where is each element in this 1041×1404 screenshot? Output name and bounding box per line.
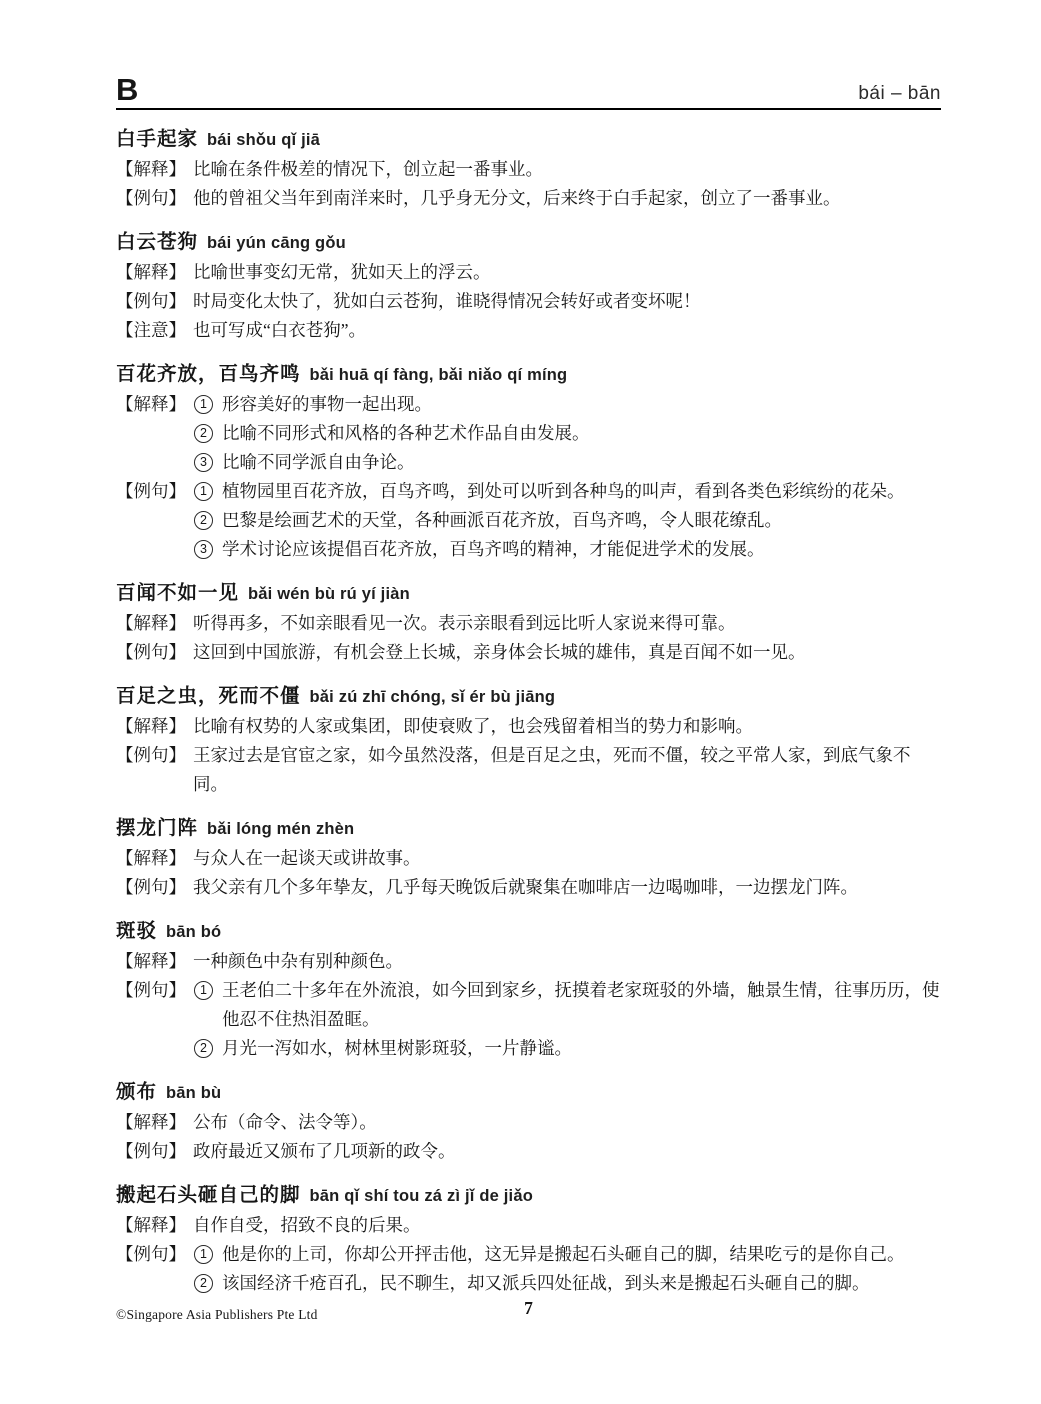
section-content: 政府最近又颁布了几项新的政令。: [193, 1137, 941, 1166]
section-label: 【解释】: [116, 390, 186, 477]
item-text: 一种颜色中杂有别种颜色。: [193, 947, 941, 976]
section-content: 他的曾祖父当年到南洋来时，几乎身无分文，后来终于白手起家，创立了一番事业。: [193, 184, 941, 213]
section-item: 他的曾祖父当年到南洋来时，几乎身无分文，后来终于白手起家，创立了一番事业。: [193, 184, 941, 213]
section-item: 1形容美好的事物一起出现。: [193, 390, 941, 419]
section-content: 王家过去是官宦之家，如今虽然没落，但是百足之虫，死而不僵，较之平常人家，到底气象…: [193, 741, 941, 799]
entry-headword-line: 百足之虫，死而不僵bǎi zú zhī chóng, sǐ ér bù jiān…: [116, 680, 941, 712]
section-letter: B: [116, 74, 138, 105]
section-content: 我父亲有几个多年挚友，几乎每天晚饭后就聚集在咖啡店一边喝咖啡，一边摆龙门阵。: [193, 873, 941, 902]
section-content: 比喻在条件极差的情况下，创立起一番事业。: [193, 155, 941, 184]
entry-section-row: 【例句】王家过去是官宦之家，如今虽然没落，但是百足之虫，死而不僵，较之平常人家，…: [116, 741, 941, 799]
section-item: 自作自受，招致不良的后果。: [193, 1211, 941, 1240]
entry-headword: 白云苍狗: [116, 231, 198, 253]
section-label: 【例句】: [116, 287, 186, 316]
section-content: 公布（命令、法令等）。: [193, 1108, 941, 1137]
entry-section-row: 【解释】1形容美好的事物一起出现。2比喻不同形式和风格的各种艺术作品自由发展。3…: [116, 390, 941, 477]
entry-pinyin: bān qǐ shí tou zá zì jǐ de jiǎo: [310, 1187, 533, 1205]
dictionary-page: B bái – bān 白手起家bái shǒu qǐ jiā 【解释】比喻在条…: [0, 0, 1041, 1404]
entry-headword-line: 白云苍狗bái yún cāng gǒu: [116, 226, 941, 258]
item-text: 这回到中国旅游，有机会登上长城，亲身体会长城的雄伟，真是百闻不如一见。: [193, 638, 941, 667]
section-label: 【例句】: [116, 873, 186, 902]
entries: 白手起家bái shǒu qǐ jiā 【解释】比喻在条件极差的情况下，创立起一…: [116, 123, 941, 1298]
section-content: 1植物园里百花齐放，百鸟齐鸣，到处可以听到各种鸟的叫声，看到各类色彩缤纷的花朵。…: [193, 477, 941, 564]
item-text: 听得再多，不如亲眼看见一次。表示亲眼看到远比听人家说来得可靠。: [193, 609, 941, 638]
entry-section-row: 【例句】1植物园里百花齐放，百鸟齐鸣，到处可以听到各种鸟的叫声，看到各类色彩缤纷…: [116, 477, 941, 564]
entry-section-row: 【解释】与众人在一起谈天或讲故事。: [116, 844, 941, 873]
section-item: 这回到中国旅游，有机会登上长城，亲身体会长城的雄伟，真是百闻不如一见。: [193, 638, 941, 667]
entry-sections: 【解释】与众人在一起谈天或讲故事。【例句】我父亲有几个多年挚友，几乎每天晚饭后就…: [116, 844, 941, 902]
section-item: 3比喻不同学派自由争论。: [193, 448, 941, 477]
section-item: 政府最近又颁布了几项新的政令。: [193, 1137, 941, 1166]
item-text: 该国经济千疮百孔，民不聊生，却又派兵四处征战，到头来是搬起石头砸自己的脚。: [222, 1269, 941, 1298]
entry-sections: 【解释】自作自受，招致不良的后果。【例句】1他是你的上司，你却公开抨击他，这无异…: [116, 1211, 941, 1298]
section-item: 公布（命令、法令等）。: [193, 1108, 941, 1137]
entry-headword-line: 百闻不如一见bǎi wén bù rú yí jiàn: [116, 577, 941, 609]
section-item: 时局变化太快了，犹如白云苍狗，谁晓得情况会转好或者变坏呢！: [193, 287, 941, 316]
section-label: 【例句】: [116, 638, 186, 667]
circled-number-badge: 3: [194, 540, 213, 559]
item-text: 与众人在一起谈天或讲故事。: [193, 844, 941, 873]
entry-headword: 百花齐放，百鸟齐鸣: [116, 363, 301, 385]
page-content: B bái – bān 白手起家bái shǒu qǐ jiā 【解释】比喻在条…: [0, 0, 1041, 1298]
item-text: 我父亲有几个多年挚友，几乎每天晚饭后就聚集在咖啡店一边喝咖啡，一边摆龙门阵。: [193, 873, 941, 902]
entry-section-row: 【解释】公布（命令、法令等）。: [116, 1108, 941, 1137]
section-label: 【解释】: [116, 844, 186, 873]
entry-pinyin: bǎi huā qí fàng, bǎi niǎo qí míng: [310, 366, 568, 384]
entry-sections: 【解释】比喻有权势的人家或集团，即使衰败了，也会残留着相当的势力和影响。【例句】…: [116, 712, 941, 799]
entry-sections: 【解释】1形容美好的事物一起出现。2比喻不同形式和风格的各种艺术作品自由发展。3…: [116, 390, 941, 564]
entry-headword-line: 百花齐放，百鸟齐鸣bǎi huā qí fàng, bǎi niǎo qí mí…: [116, 358, 941, 390]
entry-pinyin: bān bó: [166, 923, 221, 941]
entry-headword: 百足之虫，死而不僵: [116, 685, 301, 707]
circled-number-badge: 1: [194, 981, 213, 1000]
page-guide-words: bái – bān: [858, 84, 941, 105]
dictionary-entry: 斑驳bān bó 【解释】一种颜色中杂有别种颜色。【例句】1王老伯二十多年在外流…: [116, 915, 941, 1063]
entry-section-row: 【解释】一种颜色中杂有别种颜色。: [116, 947, 941, 976]
entry-headword: 百闻不如一见: [116, 582, 239, 604]
section-content: 这回到中国旅游，有机会登上长城，亲身体会长城的雄伟，真是百闻不如一见。: [193, 638, 941, 667]
item-text: 政府最近又颁布了几项新的政令。: [193, 1137, 941, 1166]
entry-section-row: 【例句】他的曾祖父当年到南洋来时，几乎身无分文，后来终于白手起家，创立了一番事业…: [116, 184, 941, 213]
page-footer: ©Singapore Asia Publishers Pte Ltd 7: [116, 1298, 941, 1338]
entry-section-row: 【解释】听得再多，不如亲眼看见一次。表示亲眼看到远比听人家说来得可靠。: [116, 609, 941, 638]
entry-headword: 斑驳: [116, 920, 157, 942]
entry-headword: 白手起家: [116, 128, 198, 150]
section-content: 比喻有权势的人家或集团，即使衰败了，也会残留着相当的势力和影响。: [193, 712, 941, 741]
item-text: 公布（命令、法令等）。: [193, 1108, 941, 1137]
item-text: 月光一泻如水，树林里树影斑驳，一片静谧。: [222, 1034, 941, 1063]
item-text: 比喻不同形式和风格的各种艺术作品自由发展。: [222, 419, 941, 448]
section-label: 【例句】: [116, 477, 186, 564]
section-label: 【解释】: [116, 712, 186, 741]
section-item: 2比喻不同形式和风格的各种艺术作品自由发展。: [193, 419, 941, 448]
circled-number-badge: 2: [194, 511, 213, 530]
entry-pinyin: bǎi zú zhī chóng, sǐ ér bù jiāng: [310, 688, 556, 706]
circled-number-badge: 1: [194, 1245, 213, 1264]
dictionary-entry: 百足之虫，死而不僵bǎi zú zhī chóng, sǐ ér bù jiān…: [116, 680, 941, 799]
entry-section-row: 【注意】也可写成“白衣苍狗”。: [116, 316, 941, 345]
section-item: 1王老伯二十多年在外流浪，如今回到家乡，抚摸着老家斑驳的外墙，触景生情，往事历历…: [193, 976, 941, 1034]
item-text: 自作自受，招致不良的后果。: [193, 1211, 941, 1240]
section-item: 比喻在条件极差的情况下，创立起一番事业。: [193, 155, 941, 184]
dictionary-entry: 百闻不如一见bǎi wén bù rú yí jiàn 【解释】听得再多，不如亲…: [116, 577, 941, 667]
entry-section-row: 【解释】自作自受，招致不良的后果。: [116, 1211, 941, 1240]
item-text: 王老伯二十多年在外流浪，如今回到家乡，抚摸着老家斑驳的外墙，触景生情，往事历历，…: [222, 976, 941, 1034]
item-text: 比喻有权势的人家或集团，即使衰败了，也会残留着相当的势力和影响。: [193, 712, 941, 741]
circled-number-badge: 1: [194, 395, 213, 414]
section-content: 一种颜色中杂有别种颜色。: [193, 947, 941, 976]
entry-headword-line: 白手起家bái shǒu qǐ jiā: [116, 123, 941, 155]
section-content: 时局变化太快了，犹如白云苍狗，谁晓得情况会转好或者变坏呢！: [193, 287, 941, 316]
section-item: 3学术讨论应该提倡百花齐放，百鸟齐鸣的精神，才能促进学术的发展。: [193, 535, 941, 564]
entry-section-row: 【解释】比喻世事变幻无常，犹如天上的浮云。: [116, 258, 941, 287]
circled-number-badge: 3: [194, 453, 213, 472]
entry-headword-line: 摆龙门阵bǎi lóng mén zhèn: [116, 812, 941, 844]
section-label: 【解释】: [116, 1108, 186, 1137]
entry-sections: 【解释】听得再多，不如亲眼看见一次。表示亲眼看到远比听人家说来得可靠。【例句】这…: [116, 609, 941, 667]
section-label: 【例句】: [116, 976, 186, 1063]
page-number: 7: [116, 1298, 941, 1319]
entry-pinyin: bǎi wén bù rú yí jiàn: [248, 585, 410, 603]
dictionary-entry: 摆龙门阵bǎi lóng mén zhèn 【解释】与众人在一起谈天或讲故事。【…: [116, 812, 941, 902]
entry-headword-line: 搬起石头砸自己的脚bān qǐ shí tou zá zì jǐ de jiǎo: [116, 1179, 941, 1211]
item-text: 比喻世事变幻无常，犹如天上的浮云。: [193, 258, 941, 287]
section-item: 比喻世事变幻无常，犹如天上的浮云。: [193, 258, 941, 287]
section-label: 【例句】: [116, 741, 186, 799]
section-item: 2该国经济千疮百孔，民不聊生，却又派兵四处征战，到头来是搬起石头砸自己的脚。: [193, 1269, 941, 1298]
section-content: 自作自受，招致不良的后果。: [193, 1211, 941, 1240]
section-label: 【解释】: [116, 947, 186, 976]
section-item: 1植物园里百花齐放，百鸟齐鸣，到处可以听到各种鸟的叫声，看到各类色彩缤纷的花朵。: [193, 477, 941, 506]
section-label: 【注意】: [116, 316, 186, 345]
section-item: 也可写成“白衣苍狗”。: [193, 316, 941, 345]
circled-number-badge: 2: [194, 1274, 213, 1293]
item-text: 比喻在条件极差的情况下，创立起一番事业。: [193, 155, 941, 184]
running-head: B bái – bān: [116, 74, 941, 110]
entry-headword: 搬起石头砸自己的脚: [116, 1184, 301, 1206]
section-content: 比喻世事变幻无常，犹如天上的浮云。: [193, 258, 941, 287]
dictionary-entry: 搬起石头砸自己的脚bān qǐ shí tou zá zì jǐ de jiǎo…: [116, 1179, 941, 1298]
entry-sections: 【解释】一种颜色中杂有别种颜色。【例句】1王老伯二十多年在外流浪，如今回到家乡，…: [116, 947, 941, 1063]
entry-sections: 【解释】比喻世事变幻无常，犹如天上的浮云。【例句】时局变化太快了，犹如白云苍狗，…: [116, 258, 941, 345]
item-text: 植物园里百花齐放，百鸟齐鸣，到处可以听到各种鸟的叫声，看到各类色彩缤纷的花朵。: [222, 477, 941, 506]
entry-pinyin: bǎi lóng mén zhèn: [207, 820, 354, 838]
circled-number-badge: 2: [194, 1039, 213, 1058]
entry-section-row: 【例句】政府最近又颁布了几项新的政令。: [116, 1137, 941, 1166]
dictionary-entry: 白云苍狗bái yún cāng gǒu 【解释】比喻世事变幻无常，犹如天上的浮…: [116, 226, 941, 345]
section-content: 与众人在一起谈天或讲故事。: [193, 844, 941, 873]
section-label: 【例句】: [116, 184, 186, 213]
circled-number-badge: 2: [194, 424, 213, 443]
section-item: 比喻有权势的人家或集团，即使衰败了，也会残留着相当的势力和影响。: [193, 712, 941, 741]
section-item: 2月光一泻如水，树林里树影斑驳，一片静谧。: [193, 1034, 941, 1063]
section-label: 【解释】: [116, 258, 186, 287]
item-text: 时局变化太快了，犹如白云苍狗，谁晓得情况会转好或者变坏呢！: [193, 287, 941, 316]
section-label: 【解释】: [116, 155, 186, 184]
section-label: 【例句】: [116, 1240, 186, 1298]
entry-section-row: 【解释】比喻有权势的人家或集团，即使衰败了，也会残留着相当的势力和影响。: [116, 712, 941, 741]
entry-headword: 颁布: [116, 1081, 157, 1103]
section-item: 我父亲有几个多年挚友，几乎每天晚饭后就聚集在咖啡店一边喝咖啡，一边摆龙门阵。: [193, 873, 941, 902]
entry-pinyin: bān bù: [166, 1084, 221, 1102]
entry-headword-line: 颁布bān bù: [116, 1076, 941, 1108]
dictionary-entry: 颁布bān bù 【解释】公布（命令、法令等）。【例句】政府最近又颁布了几项新的…: [116, 1076, 941, 1166]
entry-sections: 【解释】比喻在条件极差的情况下，创立起一番事业。【例句】他的曾祖父当年到南洋来时…: [116, 155, 941, 213]
item-text: 他的曾祖父当年到南洋来时，几乎身无分文，后来终于白手起家，创立了一番事业。: [193, 184, 941, 213]
entry-headword: 摆龙门阵: [116, 817, 198, 839]
entry-pinyin: bái yún cāng gǒu: [207, 234, 346, 252]
circled-number-badge: 1: [194, 482, 213, 501]
entry-headword-line: 斑驳bān bó: [116, 915, 941, 947]
entry-section-row: 【解释】比喻在条件极差的情况下，创立起一番事业。: [116, 155, 941, 184]
entry-section-row: 【例句】1王老伯二十多年在外流浪，如今回到家乡，抚摸着老家斑驳的外墙，触景生情，…: [116, 976, 941, 1063]
section-item: 王家过去是官宦之家，如今虽然没落，但是百足之虫，死而不僵，较之平常人家，到底气象…: [193, 741, 941, 799]
section-content: 听得再多，不如亲眼看见一次。表示亲眼看到远比听人家说来得可靠。: [193, 609, 941, 638]
section-label: 【解释】: [116, 609, 186, 638]
item-text: 也可写成“白衣苍狗”。: [193, 316, 941, 345]
item-text: 学术讨论应该提倡百花齐放，百鸟齐鸣的精神，才能促进学术的发展。: [222, 535, 941, 564]
item-text: 比喻不同学派自由争论。: [222, 448, 941, 477]
entry-pinyin: bái shǒu qǐ jiā: [207, 131, 320, 149]
entry-section-row: 【例句】时局变化太快了，犹如白云苍狗，谁晓得情况会转好或者变坏呢！: [116, 287, 941, 316]
section-item: 1他是你的上司，你却公开抨击他，这无异是搬起石头砸自己的脚，结果吃亏的是你自己。: [193, 1240, 941, 1269]
item-text: 巴黎是绘画艺术的天堂，各种画派百花齐放，百鸟齐鸣，令人眼花缭乱。: [222, 506, 941, 535]
dictionary-entry: 白手起家bái shǒu qǐ jiā 【解释】比喻在条件极差的情况下，创立起一…: [116, 123, 941, 213]
section-item: 与众人在一起谈天或讲故事。: [193, 844, 941, 873]
item-text: 他是你的上司，你却公开抨击他，这无异是搬起石头砸自己的脚，结果吃亏的是你自己。: [222, 1240, 941, 1269]
entry-section-row: 【例句】我父亲有几个多年挚友，几乎每天晚饭后就聚集在咖啡店一边喝咖啡，一边摆龙门…: [116, 873, 941, 902]
item-text: 王家过去是官宦之家，如今虽然没落，但是百足之虫，死而不僵，较之平常人家，到底气象…: [193, 741, 941, 799]
section-label: 【解释】: [116, 1211, 186, 1240]
section-item: 一种颜色中杂有别种颜色。: [193, 947, 941, 976]
section-content: 1形容美好的事物一起出现。2比喻不同形式和风格的各种艺术作品自由发展。3比喻不同…: [193, 390, 941, 477]
entry-sections: 【解释】公布（命令、法令等）。【例句】政府最近又颁布了几项新的政令。: [116, 1108, 941, 1166]
section-label: 【例句】: [116, 1137, 186, 1166]
entry-section-row: 【例句】1他是你的上司，你却公开抨击他，这无异是搬起石头砸自己的脚，结果吃亏的是…: [116, 1240, 941, 1298]
section-content: 1王老伯二十多年在外流浪，如今回到家乡，抚摸着老家斑驳的外墙，触景生情，往事历历…: [193, 976, 941, 1063]
item-text: 形容美好的事物一起出现。: [222, 390, 941, 419]
section-item: 听得再多，不如亲眼看见一次。表示亲眼看到远比听人家说来得可靠。: [193, 609, 941, 638]
dictionary-entry: 百花齐放，百鸟齐鸣bǎi huā qí fàng, bǎi niǎo qí mí…: [116, 358, 941, 564]
section-content: 也可写成“白衣苍狗”。: [193, 316, 941, 345]
entry-section-row: 【例句】这回到中国旅游，有机会登上长城，亲身体会长城的雄伟，真是百闻不如一见。: [116, 638, 941, 667]
section-item: 2巴黎是绘画艺术的天堂，各种画派百花齐放，百鸟齐鸣，令人眼花缭乱。: [193, 506, 941, 535]
section-content: 1他是你的上司，你却公开抨击他，这无异是搬起石头砸自己的脚，结果吃亏的是你自己。…: [193, 1240, 941, 1298]
